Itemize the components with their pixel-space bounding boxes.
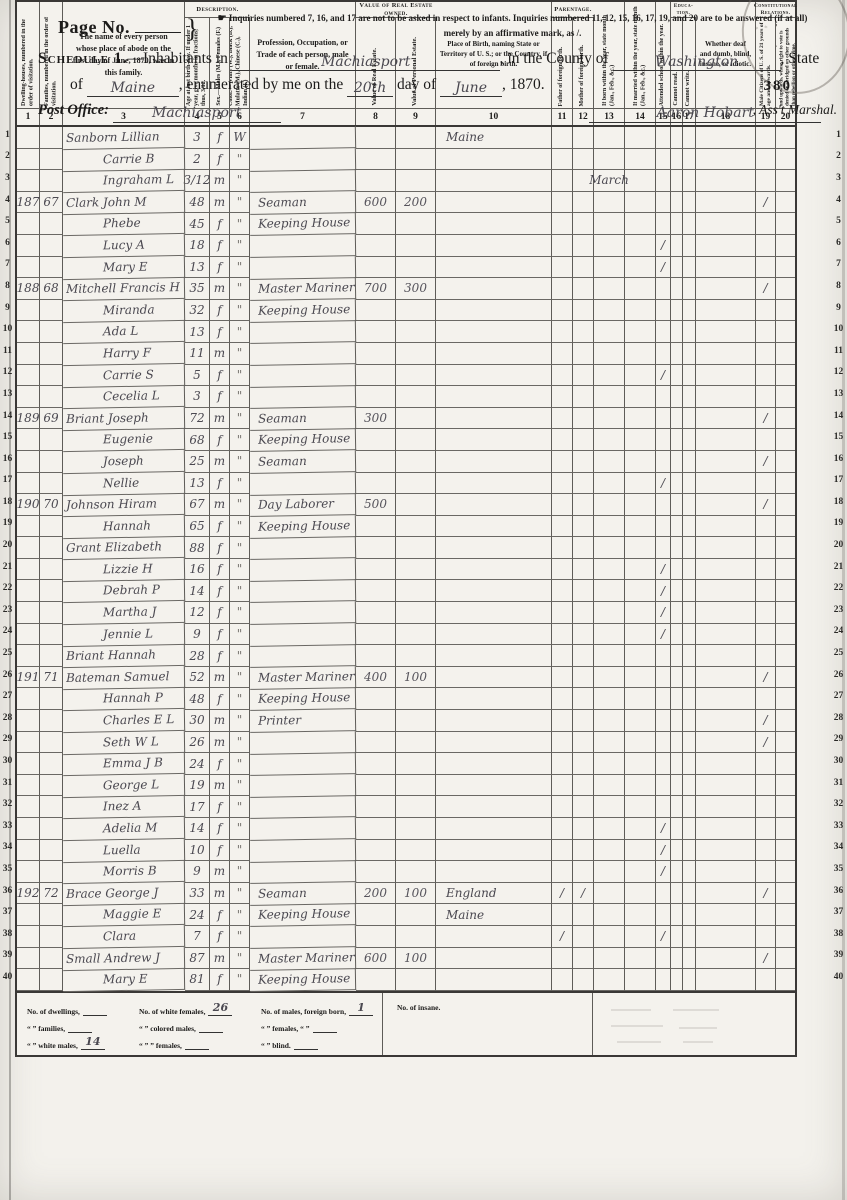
cell-cannot-read — [671, 624, 683, 646]
cell-family — [40, 343, 63, 365]
cell-father-foreign — [552, 408, 573, 430]
cell-father-foreign — [552, 861, 573, 883]
row-number: 23 — [830, 599, 847, 621]
cell-name: Eugenie — [63, 428, 185, 452]
cell-age: 26 — [185, 732, 210, 754]
row-number: 29 — [830, 729, 847, 751]
cell-mother-foreign — [573, 948, 594, 970]
table-frame: Dwelling-houses, numbered in the order o… — [15, 0, 797, 1057]
cell-married-month — [625, 343, 656, 365]
cell-vote-denied — [776, 624, 795, 646]
table-row: Briant Hannah 28 f " — [17, 645, 795, 667]
cell-age: 52 — [185, 667, 210, 689]
group-constitutional: Constitutional Relations. Male Citizens … — [756, 2, 795, 108]
cell-married-month — [625, 624, 656, 646]
cell-age: 12 — [185, 602, 210, 624]
cell-cannot-write — [683, 969, 696, 991]
cell-occupation: Keeping House — [250, 968, 356, 991]
cell-male-citizen — [756, 149, 776, 171]
cell-real-estate — [356, 516, 396, 538]
table-row: Seth W L 26 m " / — [17, 732, 795, 754]
cell-name: Ada L — [63, 320, 185, 344]
cell-cannot-read — [671, 710, 683, 732]
row-number: 8 — [0, 275, 15, 297]
row-number: 40 — [0, 966, 15, 988]
cell-age: 16 — [185, 559, 210, 581]
cell-occupation — [250, 752, 356, 775]
cell-married-month — [625, 170, 656, 192]
cell-father-foreign — [552, 343, 573, 365]
cell-born-month — [594, 775, 625, 797]
cell-cannot-read — [671, 840, 683, 862]
cell-school — [656, 645, 671, 667]
cell-birthplace — [436, 473, 552, 495]
cell-family — [40, 213, 63, 235]
cell-deaf-dumb — [696, 753, 756, 775]
cell-birthplace — [436, 451, 552, 473]
cell-born-month — [594, 494, 625, 516]
cell-name: Briant Hannah — [63, 644, 185, 668]
row-number: 11 — [0, 340, 15, 362]
cell-age: 87 — [185, 948, 210, 970]
cell-real-estate — [356, 127, 396, 149]
cell-male-citizen: / — [756, 494, 776, 516]
cell-vote-denied — [776, 602, 795, 624]
cell-mother-foreign: / — [573, 883, 594, 905]
cell-cannot-write — [683, 408, 696, 430]
cell-family — [40, 602, 63, 624]
row-number: 1 — [830, 124, 847, 146]
cell-vote-denied — [776, 537, 795, 559]
cell-name: Bateman Samuel — [63, 666, 185, 690]
cell-age: 10 — [185, 840, 210, 862]
row-number: 12 — [0, 362, 15, 384]
table-row: Mary E 13 f " / — [17, 257, 795, 279]
table-row: Debrah P 14 f " / — [17, 580, 795, 602]
cell-deaf-dumb — [696, 429, 756, 451]
cell-vote-denied — [776, 796, 795, 818]
cell-father-foreign — [552, 710, 573, 732]
cell-personal-estate — [396, 321, 436, 343]
cell-vote-denied — [776, 257, 795, 279]
row-number: 3 — [0, 167, 15, 189]
cell-cannot-write — [683, 840, 696, 862]
cell-male-citizen: / — [756, 451, 776, 473]
cell-born-month — [594, 516, 625, 538]
cell-dwelling — [17, 213, 40, 235]
total-item: No. of white females,26 — [139, 999, 261, 1016]
cell-school — [656, 969, 671, 991]
schedule-line1: Schedule 1.—Inhabitants in Machiasport, … — [38, 50, 838, 71]
cell-color: " — [230, 645, 250, 667]
cell-real-estate: 300 — [356, 408, 396, 430]
cell-sex: m — [210, 948, 230, 970]
cell-dwelling — [17, 149, 40, 171]
cell-married-month — [625, 796, 656, 818]
cell-occupation: Printer — [250, 709, 356, 732]
cell-occupation — [250, 385, 356, 408]
cell-occupation — [250, 472, 356, 495]
cell-real-estate — [356, 624, 396, 646]
cell-color: " — [230, 149, 250, 171]
cell-deaf-dumb — [696, 645, 756, 667]
cell-sex: f — [210, 818, 230, 840]
cell-deaf-dumb — [696, 494, 756, 516]
cell-married-month — [625, 278, 656, 300]
cell-family — [40, 796, 63, 818]
right-row-numbers: 1234567891011121314151617181920212223242… — [830, 124, 847, 988]
cell-mother-foreign — [573, 473, 594, 495]
total-blank — [83, 1004, 107, 1016]
total-label: “ ” females, “ ” — [261, 1024, 310, 1033]
cell-personal-estate — [396, 429, 436, 451]
cell-born-month — [594, 257, 625, 279]
cell-cannot-write — [683, 429, 696, 451]
cell-father-foreign — [552, 624, 573, 646]
cell-family — [40, 948, 63, 970]
cell-real-estate — [356, 645, 396, 667]
cell-occupation: Seaman — [250, 407, 356, 430]
cell-vote-denied — [776, 926, 795, 948]
cell-school — [656, 343, 671, 365]
cell-cannot-read — [671, 753, 683, 775]
cell-color: " — [230, 840, 250, 862]
cell-name: Maggie E — [63, 903, 185, 927]
cell-occupation: Keeping House — [250, 212, 356, 235]
cell-married-month — [625, 861, 656, 883]
cell-family — [40, 473, 63, 495]
cell-sex: m — [210, 710, 230, 732]
cell-vote-denied — [776, 818, 795, 840]
cell-born-month: March — [594, 170, 625, 192]
total-blank — [185, 1038, 209, 1050]
cell-father-foreign — [552, 818, 573, 840]
cell-mother-foreign — [573, 559, 594, 581]
cell-real-estate — [356, 386, 396, 408]
row-number: 35 — [830, 858, 847, 880]
cell-born-month — [594, 688, 625, 710]
cell-real-estate: 500 — [356, 494, 396, 516]
cell-father-foreign — [552, 667, 573, 689]
cell-male-citizen: / — [756, 883, 776, 905]
cell-mother-foreign — [573, 516, 594, 538]
table-row: 191 71 Bateman Samuel 52 m " Master Mari… — [17, 667, 795, 689]
table-row: Sanborn Lillian 3 f W Maine — [17, 127, 795, 149]
cell-born-month — [594, 473, 625, 495]
cell-personal-estate — [396, 257, 436, 279]
cell-sex: f — [210, 537, 230, 559]
cell-cannot-write — [683, 624, 696, 646]
cell-birthplace: Maine — [436, 904, 552, 926]
cell-school — [656, 904, 671, 926]
cell-color: " — [230, 732, 250, 754]
cell-real-estate — [356, 559, 396, 581]
cell-sex: m — [210, 732, 230, 754]
cell-personal-estate — [396, 494, 436, 516]
cell-school — [656, 494, 671, 516]
cell-married-month — [625, 904, 656, 926]
total-blank — [199, 1021, 223, 1033]
cell-born-month — [594, 537, 625, 559]
cell-male-citizen: / — [756, 732, 776, 754]
cell-mother-foreign — [573, 861, 594, 883]
cell-family — [40, 580, 63, 602]
cell-born-month — [594, 559, 625, 581]
cell-male-citizen — [756, 343, 776, 365]
cell-married-month — [625, 883, 656, 905]
row-number: 13 — [0, 383, 15, 405]
post-office-line: Post Office: Machiasport Aaron Hobart — [38, 102, 838, 123]
cell-personal-estate — [396, 710, 436, 732]
cell-age: 35 — [185, 278, 210, 300]
cell-real-estate — [356, 904, 396, 926]
cell-family — [40, 904, 63, 926]
cell-vote-denied — [776, 235, 795, 257]
total-value: 1 — [357, 1001, 365, 1014]
cell-dwelling — [17, 948, 40, 970]
cell-dwelling: 189 — [17, 408, 40, 430]
cell-sex: f — [210, 473, 230, 495]
cell-cannot-write — [683, 386, 696, 408]
total-label: No. of dwellings, — [27, 1007, 80, 1016]
cell-cannot-write — [683, 883, 696, 905]
cell-occupation — [250, 558, 356, 581]
cell-born-month — [594, 753, 625, 775]
cell-occupation — [250, 860, 356, 883]
cell-sex: f — [210, 602, 230, 624]
cell-color: " — [230, 926, 250, 948]
cell-married-month — [625, 775, 656, 797]
cell-real-estate — [356, 818, 396, 840]
row-number: 11 — [830, 340, 847, 362]
cell-dwelling — [17, 516, 40, 538]
table-row: Harry F 11 m " — [17, 343, 795, 365]
cell-deaf-dumb — [696, 926, 756, 948]
cell-personal-estate: 100 — [396, 667, 436, 689]
cell-name: Mitchell Francis H — [63, 277, 185, 301]
cell-occupation: Keeping House — [250, 299, 356, 322]
cell-cannot-read — [671, 818, 683, 840]
cell-school: / — [656, 235, 671, 257]
cell-birthplace — [436, 753, 552, 775]
cell-born-month — [594, 429, 625, 451]
cell-cannot-read — [671, 365, 683, 387]
row-number: 23 — [0, 599, 15, 621]
cell-cannot-read — [671, 127, 683, 149]
cell-father-foreign — [552, 365, 573, 387]
cell-personal-estate — [396, 408, 436, 430]
row-number: 24 — [0, 621, 15, 643]
cell-sex: f — [210, 213, 230, 235]
row-number: 31 — [0, 772, 15, 794]
cell-sex: m — [210, 343, 230, 365]
cell-occupation: Keeping House — [250, 688, 356, 711]
cell-male-citizen — [756, 473, 776, 495]
cell-male-citizen — [756, 904, 776, 926]
cell-married-month — [625, 710, 656, 732]
cell-cannot-write — [683, 300, 696, 322]
total-item: No. of dwellings, — [27, 999, 139, 1016]
cell-occupation: Keeping House — [250, 428, 356, 451]
row-number: 32 — [830, 793, 847, 815]
cell-cannot-read — [671, 170, 683, 192]
cell-dwelling — [17, 429, 40, 451]
cell-dwelling — [17, 300, 40, 322]
census-sheet: Page No. } ☛ Inquiries numbered 7, 16, a… — [0, 0, 847, 1200]
row-number: 27 — [830, 685, 847, 707]
cell-personal-estate — [396, 861, 436, 883]
row-number: 5 — [830, 210, 847, 232]
cell-male-citizen — [756, 235, 776, 257]
cell-deaf-dumb — [696, 861, 756, 883]
table-row: Jennie L 9 f " / — [17, 624, 795, 646]
cell-cannot-write — [683, 667, 696, 689]
page-no: Page No. } — [58, 14, 199, 44]
cell-school — [656, 149, 671, 171]
cell-deaf-dumb — [696, 537, 756, 559]
cell-age: 19 — [185, 775, 210, 797]
cell-cannot-write — [683, 149, 696, 171]
row-number: 24 — [830, 621, 847, 643]
header-male-citizens: Male Citizens of U. S. of 21 years of ag… — [756, 18, 776, 108]
cell-personal-estate — [396, 300, 436, 322]
cell-vote-denied — [776, 365, 795, 387]
cell-married-month — [625, 213, 656, 235]
cell-mother-foreign — [573, 904, 594, 926]
header-color: Color.—White (W.), Black (B.), Mulatto (… — [230, 18, 250, 108]
row-number: 15 — [830, 426, 847, 448]
cell-occupation — [250, 731, 356, 754]
cell-age: 45 — [185, 213, 210, 235]
cell-personal-estate — [396, 580, 436, 602]
cell-occupation — [250, 148, 356, 171]
cell-dwelling — [17, 559, 40, 581]
census-table: 1234567891011121314151617181920212223242… — [0, 0, 847, 1057]
row-number: 16 — [0, 448, 15, 470]
cell-male-citizen: / — [756, 710, 776, 732]
cell-school — [656, 451, 671, 473]
cell-family — [40, 926, 63, 948]
cell-married-month — [625, 149, 656, 171]
cell-birthplace — [436, 300, 552, 322]
cell-color: " — [230, 494, 250, 516]
cell-married-month — [625, 645, 656, 667]
row-number: 38 — [0, 923, 15, 945]
cell-sex: f — [210, 580, 230, 602]
row-number: 34 — [830, 837, 847, 859]
cell-father-foreign: / — [552, 926, 573, 948]
cell-name: Mary E — [63, 968, 185, 992]
cell-born-month — [594, 948, 625, 970]
pointing-hand-icon: ☛ — [218, 13, 227, 24]
cell-birthplace — [436, 213, 552, 235]
cell-personal-estate: 200 — [396, 192, 436, 214]
cell-school — [656, 429, 671, 451]
cell-born-month — [594, 818, 625, 840]
cell-deaf-dumb — [696, 149, 756, 171]
cell-cannot-read — [671, 321, 683, 343]
cell-school — [656, 775, 671, 797]
cell-family — [40, 753, 63, 775]
cell-color: " — [230, 257, 250, 279]
cell-occupation — [250, 817, 356, 840]
cell-male-citizen — [756, 796, 776, 818]
cell-color: " — [230, 429, 250, 451]
cell-dwelling — [17, 257, 40, 279]
cell-real-estate — [356, 840, 396, 862]
cell-dwelling: 188 — [17, 278, 40, 300]
row-number: 29 — [0, 729, 15, 751]
cell-family — [40, 386, 63, 408]
cell-mother-foreign — [573, 688, 594, 710]
cell-married-month — [625, 408, 656, 430]
cell-color: " — [230, 192, 250, 214]
cell-deaf-dumb — [696, 213, 756, 235]
cell-name: Hannah P — [63, 687, 185, 711]
page-header: Page No. } ☛ Inquiries numbered 7, 16, a… — [0, 0, 847, 125]
cell-name: Luella — [63, 839, 185, 863]
cell-age: 65 — [185, 516, 210, 538]
total-item: “ ” blind. — [261, 1033, 387, 1050]
cell-cannot-read — [671, 602, 683, 624]
cell-born-month — [594, 710, 625, 732]
cell-dwelling — [17, 818, 40, 840]
cell-born-month — [594, 149, 625, 171]
total-item: “ ” females, “ ” — [261, 1016, 387, 1033]
cell-name: Clark John M — [63, 191, 185, 215]
cell-cannot-read — [671, 969, 683, 991]
cell-father-foreign — [552, 429, 573, 451]
cell-cannot-write — [683, 170, 696, 192]
header-age: Age at last birth-day. If under 1 year, … — [185, 18, 210, 108]
cell-deaf-dumb — [696, 948, 756, 970]
table-row: Ingraham L 3/12 m " March — [17, 170, 795, 192]
cell-cannot-write — [683, 948, 696, 970]
cell-dwelling — [17, 753, 40, 775]
cell-born-month — [594, 840, 625, 862]
total-blank — [68, 1021, 92, 1033]
cell-birthplace: England — [436, 883, 552, 905]
cell-cannot-read — [671, 149, 683, 171]
cell-born-month — [594, 645, 625, 667]
cell-color: " — [230, 386, 250, 408]
cell-sex: m — [210, 883, 230, 905]
cell-married-month — [625, 494, 656, 516]
cell-school — [656, 796, 671, 818]
table-row: Ada L 13 f " — [17, 321, 795, 343]
row-number: 38 — [830, 923, 847, 945]
cell-color: " — [230, 170, 250, 192]
row-number: 31 — [830, 772, 847, 794]
header-male-citizens-denied: Male Citizens of U. S. of 21 years of ag… — [776, 18, 795, 108]
cell-mother-foreign — [573, 149, 594, 171]
cell-age: 28 — [185, 645, 210, 667]
cell-age: 14 — [185, 818, 210, 840]
cell-dwelling — [17, 235, 40, 257]
cell-deaf-dumb — [696, 559, 756, 581]
cell-mother-foreign — [573, 386, 594, 408]
cell-deaf-dumb — [696, 257, 756, 279]
cell-mother-foreign — [573, 192, 594, 214]
cell-birthplace — [436, 149, 552, 171]
cell-deaf-dumb — [696, 192, 756, 214]
cell-name: Nellie — [63, 471, 185, 495]
cell-dwelling — [17, 645, 40, 667]
row-number: 9 — [830, 297, 847, 319]
cell-sex: f — [210, 753, 230, 775]
cell-father-foreign — [552, 840, 573, 862]
cell-school — [656, 127, 671, 149]
